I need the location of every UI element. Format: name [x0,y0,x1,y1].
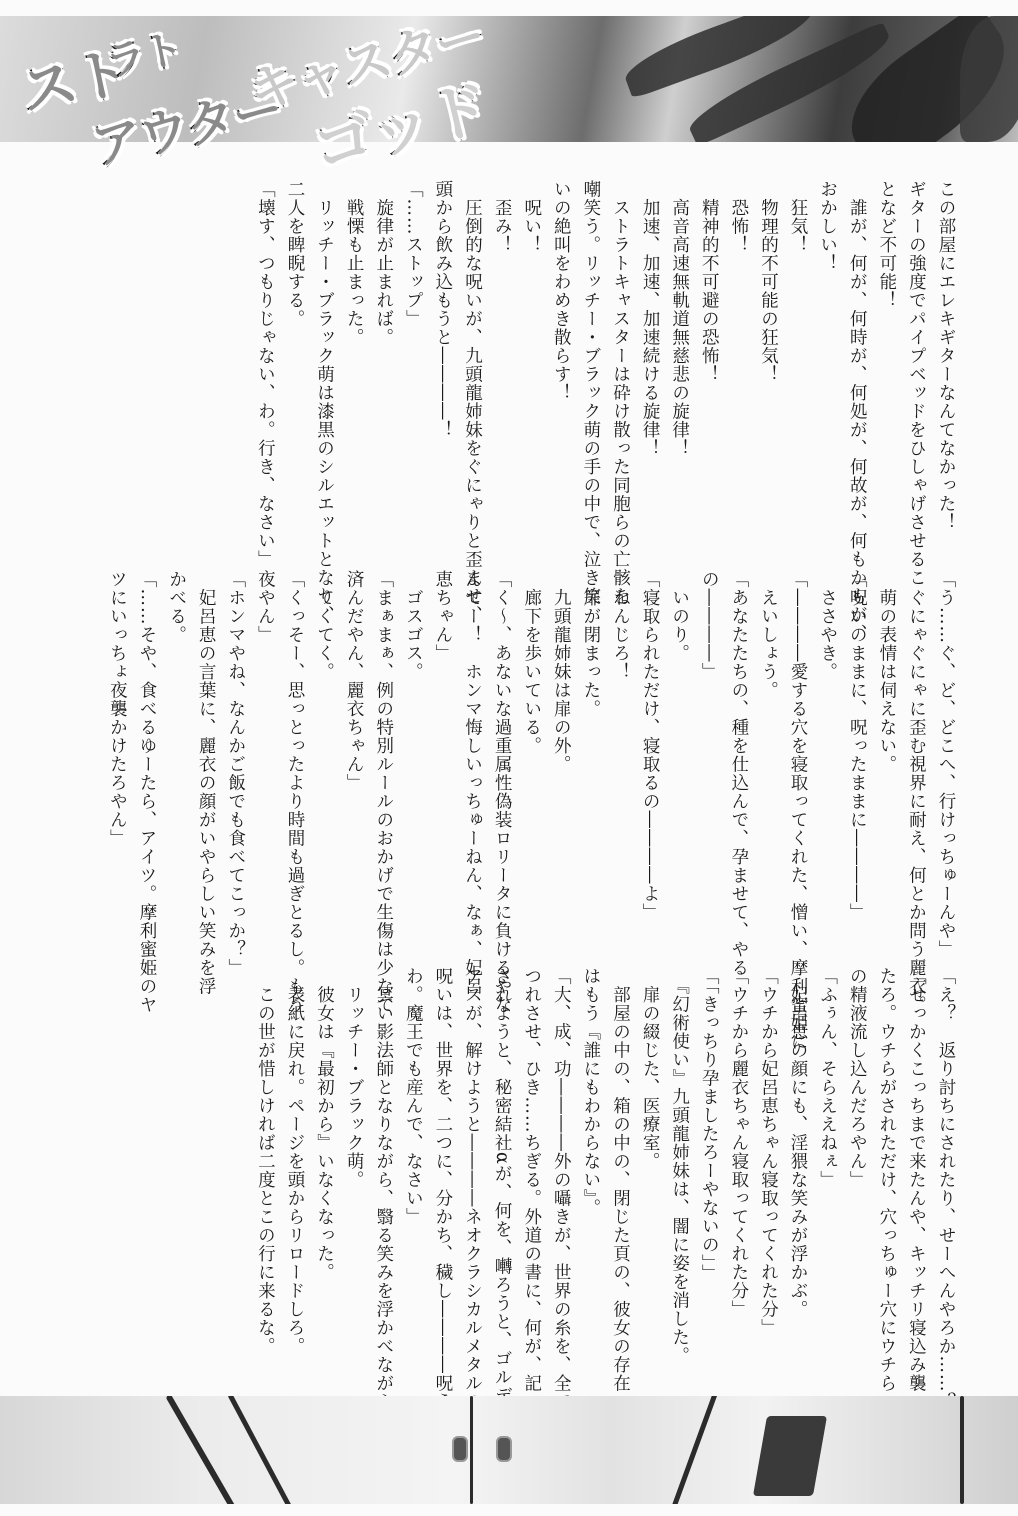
text-line: 旋律が止まれば。 [368,180,398,500]
text-line: アスが、解けようと――――ネオクラシカルメタルの [457,967,487,1337]
text-line: 嘲笑う。リッチー・ブラック萌の手の中で、泣き笑 [575,180,605,500]
text-line: 圧倒的な呪いが、九頭龍姉妹をぐにゃりと歪ませ、 [457,180,487,500]
text-line: 物理的不可能の狂気！ [753,180,783,500]
figure-silhouette [753,1416,827,1496]
text-line: わ。魔王でも産んで、なさい」 [398,967,428,1337]
text-line: ささやき。 [812,570,842,900]
text-line: 「「きっちり孕ましたろーやないの」」 [694,967,724,1337]
text-line: 狂気！ [782,180,812,500]
text-line: 「大、成、功――――外の囁きが、世界の糸を、全ても [546,967,576,1337]
text-line: 彼女は『最初から』いなくなった。 [309,967,339,1337]
text-line: ツにいっちょ夜襲かけたろやん」 [102,570,132,900]
door-knob-icon [496,1436,512,1462]
text-line: 恐怖！ [723,180,753,500]
text-line: 呪い！ [516,180,546,500]
text-line: 「……そや、食べるゆーたら、アイツ。摩利蜜姫のヤ [131,570,161,900]
text-line: 頭から飲み込もうと――――！ [427,180,457,500]
text-line: この部屋にエレキギターなんてなかった！ [930,180,960,500]
text-line: の精液流し込んだろやん」 [842,967,872,1337]
text-line: ねんじろ！ [605,570,635,900]
text-line: ストラトキャスターは砕け散った同胞らの亡骸を [605,180,635,500]
text-line: 「う……ぐ、ど、どこへ、行けっちゅーんや」 [930,570,960,900]
text-line: 「ウチから麗衣ちゃん寝取ってくれた分」 [723,967,753,1337]
text-line: えいしょう。 [753,570,783,900]
text-line: ぐにゃぐにゃに歪む視界に耐え、何とか問う麗衣。 [901,570,931,900]
text-line: いのり。 [664,570,694,900]
text-line: 「呪いのままに、呪ったままに――――」 [842,570,872,900]
text-block-bottom: 「え？ 返り討ちにされたり、せーへんやろか……？」 「せっかくこっちまで来たんや… [0,967,960,1337]
bottom-illustration-banner [0,1396,1018,1504]
text-line: となど不可能！ [871,180,901,500]
text-line: 夜やん」 [250,570,280,900]
title-part: ラト [100,17,186,89]
door-edge-line [470,1396,473,1504]
text-line: の――――」 [694,570,724,900]
text-line: 冥い影法師となりながら、翳る笑みを浮かべながら。 [368,967,398,1337]
text-line: 扉の綴じた、医療室。 [634,967,664,1337]
chapter-title-logo: スト ラト キャスター アウター ゴッド [10,20,510,160]
text-block-top: この部屋にエレキギターなんてなかった！ ギターの強度でパイプベッドをひしゃげさせ… [0,180,960,500]
text-line: ギターの強度でパイプベッドをひしゃげさせるこ [901,180,931,500]
text-line: おかしい！ [812,180,842,500]
text-line: されようと、秘密結社αが、何を、囀ろうと、ゴルディ [487,967,517,1337]
text-line: 「え？ 返り討ちにされたり、せーへんやろか……？」 [930,967,960,1337]
text-line: つれさせ、ひき……ちぎる。外道の書に、何が、記 [516,967,546,1337]
text-line: 扉が閉まった。 [575,570,605,900]
text-line: 精神的不可避の恐怖！ [694,180,724,500]
text-line: んてー！ ホンマ悔しいっちゅーねん、なぁ、妃呂 [457,570,487,900]
text-line: はもう『誰にもわからない』。 [575,967,605,1337]
brush-line [165,1396,240,1504]
text-line: 萌の表情は伺えない。 [871,570,901,900]
text-line: 呪いは、世界を、二つに、分かち、穢し――――呪う、 [427,967,457,1337]
text-line: 「ウチから妃呂恵ちゃん寝取ってくれた分」 [753,967,783,1337]
text-line: 「壊す、つもりじゃない、わ。行き、なさい」 [250,180,280,500]
text-line: 「くっそー、思っとったより時間も過ぎとるし。もう [279,570,309,900]
text-line: ゴスゴス。 [398,570,428,900]
brush-stroke [960,16,1018,142]
text-line: 「――――愛する穴を寝取ってくれた、憎い、摩利蜜姫に [782,570,812,900]
text-line: いの絶叫をわめき散らす！ [546,180,576,500]
text-line: 「あなたたちの、種を仕込んで、孕ませて、やる [723,570,753,900]
text-line: 表紙に戻れ。ページを頭からリロードしろ。 [279,967,309,1337]
brush-line [960,1396,964,1504]
brush-line [227,1396,297,1504]
text-line: 済んだやん、麗衣ちゃん」 [339,570,369,900]
text-line: 歪み！ [487,180,517,500]
text-line: 『幻術使い』九頭龍姉妹は、闇に姿を消した。 [664,967,694,1337]
text-line: リッチー・ブラック萌。 [339,967,369,1337]
text-line: 妃呂恵の言葉に、麗衣の顔がいやらしい笑みを浮 [191,570,221,900]
text-line: 「まぁまぁ、例の特別ルールのおかげで生傷は少なて [368,570,398,900]
door-knob-icon [452,1436,468,1462]
text-line: 二人を睥睨する。 [279,180,309,500]
text-line: 「ふぅん、そらええねぇ」 [812,967,842,1337]
text-line: 戦慄も止まった。 [339,180,369,500]
text-line: 高音高速無軌道無慈悲の旋律！ [664,180,694,500]
text-line: 恵ちゃん」 [427,570,457,900]
text-line: てくてく。 [309,570,339,900]
text-line: たろ。ウチらがされただけ、穴っちゅー穴にウチら [871,967,901,1337]
text-line: リッチー・ブラック萌は漆黒のシルエットとなり、 [309,180,339,500]
text-line: 「……ストップ」 [398,180,428,500]
brush-line [666,1396,719,1504]
text-line: 「く～、あないな過重属性偽装ロリータに負けるやな [487,570,517,900]
text-line: 「せっかくこっちまで来たんや、キッチリ寝込み襲っ [901,967,931,1337]
text-line: この世が惜しければ二度とこの行に来るな。 [250,967,280,1337]
text-line: 「寝取られただけ、寝取るの――――よ」 [634,570,664,900]
text-line: 加速、加速、加速続ける旋律！ [634,180,664,500]
text-line: 誰が、何が、何時が、何処が、何故が、何もかもが、 [842,180,872,500]
text-line: 廊下を歩いている。 [516,570,546,900]
text-line: 妃呂恵の顔にも、淫猥な笑みが浮かぶ。 [782,967,812,1337]
text-line: 「ホンマやね、なんかご飯でも食べてこっか？」 [220,570,250,900]
text-block-middle: 「う……ぐ、ど、どこへ、行けっちゅーんや」 ぐにゃぐにゃに歪む視界に耐え、何とか… [0,570,960,900]
text-line: 部屋の中の、箱の中の、閉じた頁の、彼女の存在 [605,967,635,1337]
text-line: 九頭龍姉妹は扉の外。 [546,570,576,900]
text-line: かべる。 [161,570,191,900]
